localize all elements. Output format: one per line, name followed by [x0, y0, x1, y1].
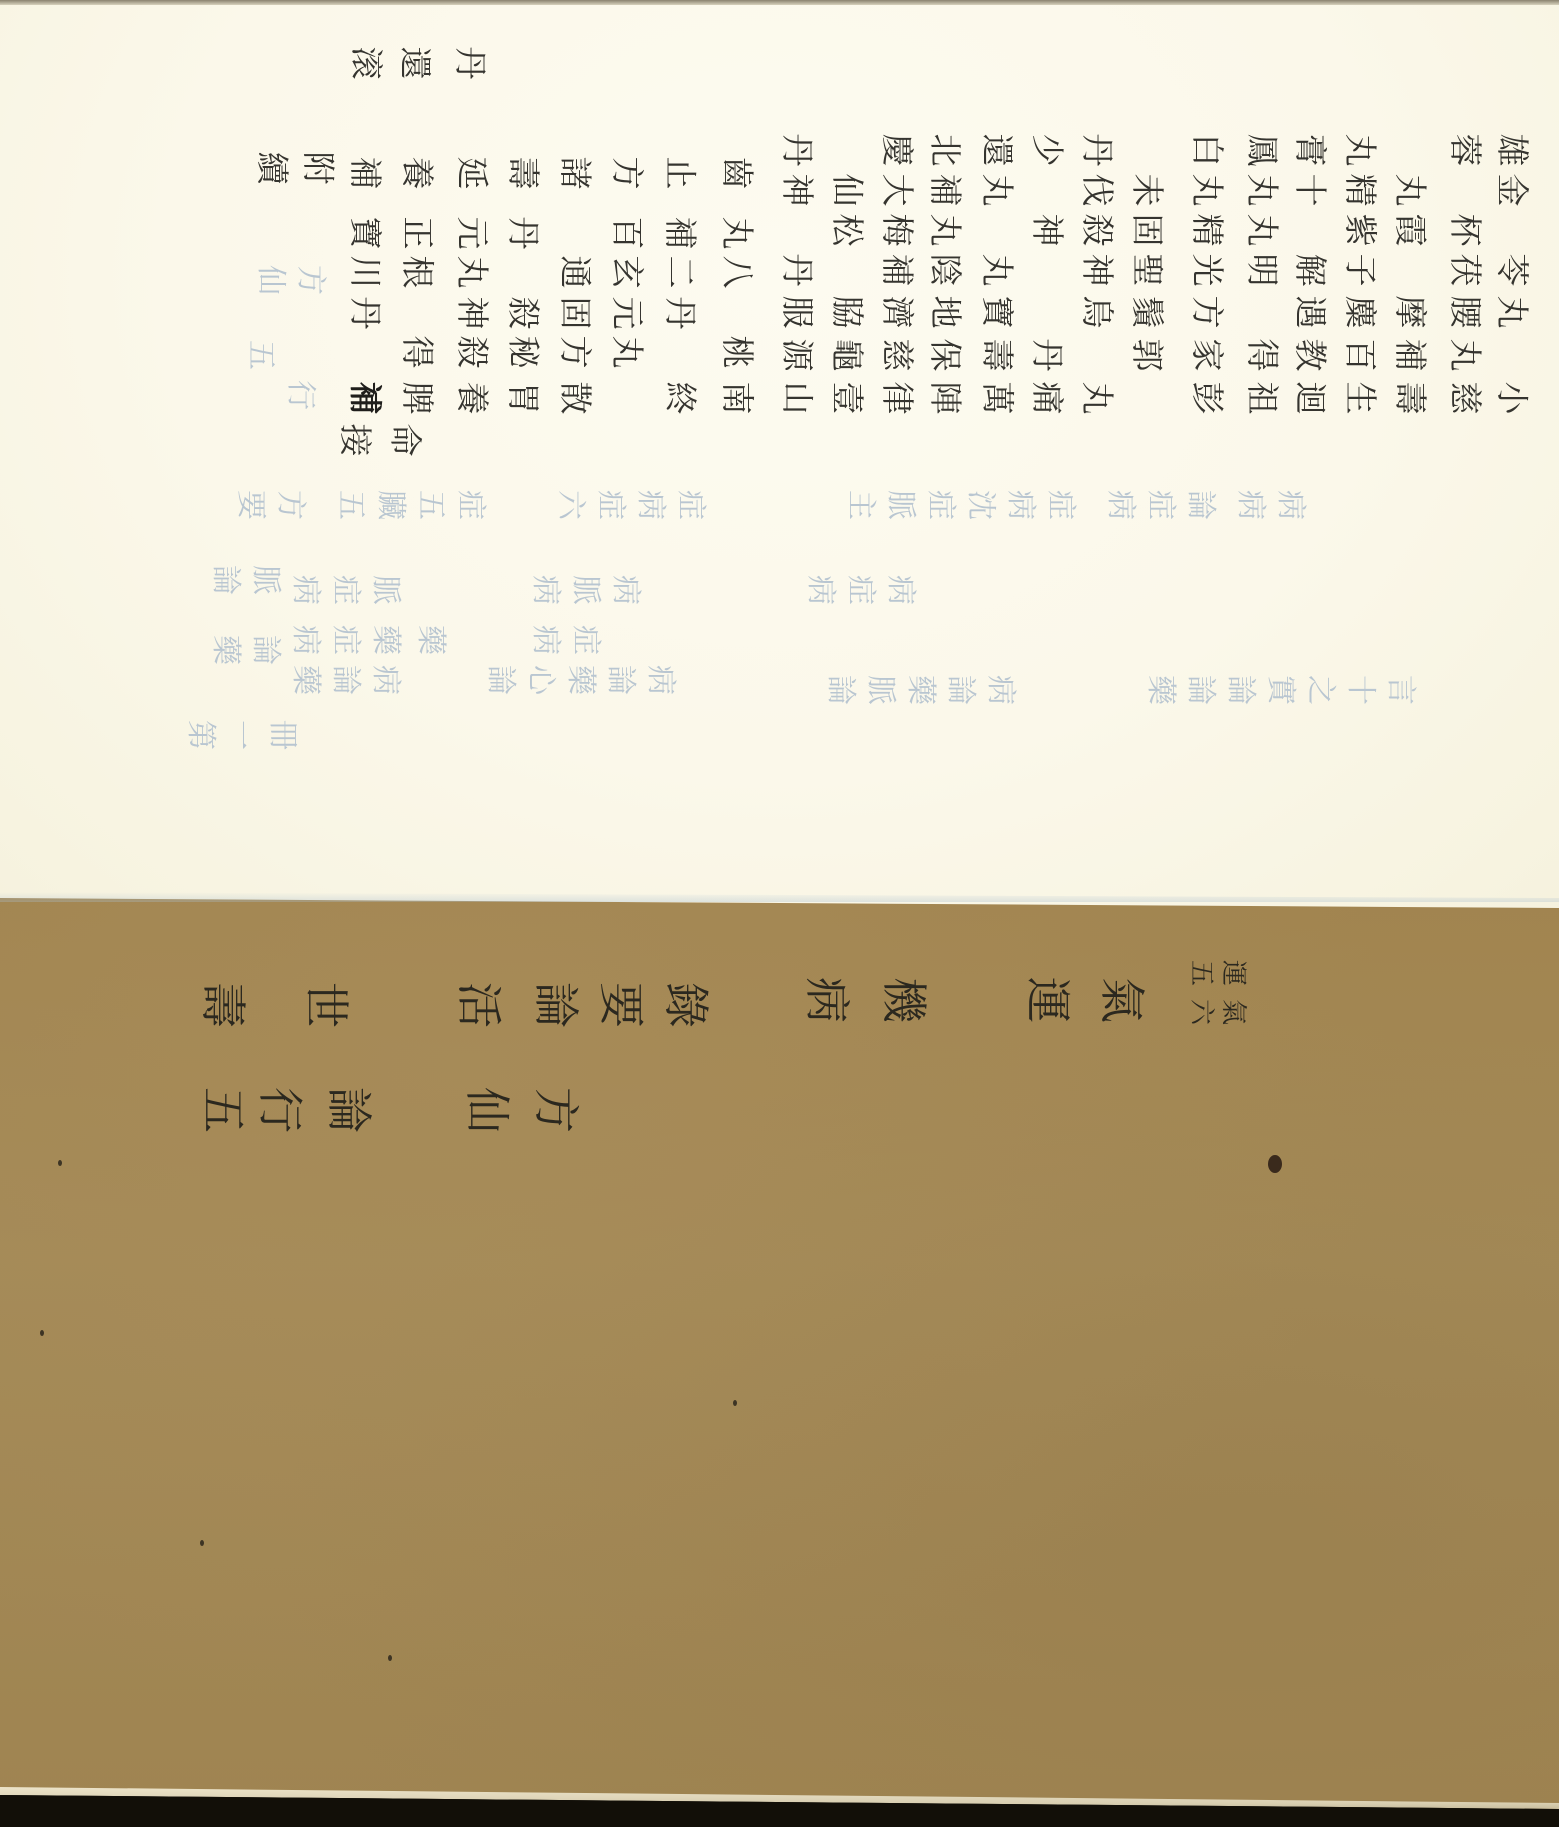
bleed-through-character: 病 [640, 660, 680, 700]
toc-character: 接 [335, 420, 375, 460]
toc-character: 源 [777, 335, 817, 375]
bleed-through-character: 病 [525, 620, 565, 660]
bleed-through-character: 藥 [410, 620, 450, 660]
bleed-through-character: 症 [325, 620, 365, 660]
cover-title-character: 行 [252, 1082, 308, 1138]
toc-character: 少 [1027, 130, 1067, 170]
toc-character: 烏 [1077, 292, 1117, 332]
toc-character: 麋 [1340, 292, 1380, 332]
toc-character: 丸 [1242, 210, 1282, 250]
toc-character: 服 [777, 292, 817, 332]
toc-character: 丸 [977, 250, 1017, 290]
cover-title-character: 錄 [658, 977, 714, 1033]
toc-character: 神 [777, 170, 817, 210]
toc-character: 金 [1492, 170, 1532, 210]
toc-character: 根 [397, 252, 437, 292]
toc-character: 神 [1077, 250, 1117, 290]
toc-character: 方 [607, 153, 647, 193]
cover-title-character: 五 [195, 1082, 251, 1138]
bleed-through-character: 仙 [250, 260, 290, 300]
toc-character: 蓉 [1445, 130, 1485, 170]
toc-character: 壹 [827, 378, 867, 418]
toc-character: 山 [777, 378, 817, 418]
bleed-through-character: 論 [820, 670, 860, 710]
toc-character: 聖 [1127, 250, 1167, 290]
toc-character: 得 [397, 332, 437, 372]
bleed-through-character: 病 [285, 570, 325, 610]
toc-character: 摩 [1390, 292, 1430, 332]
toc-character: 小 [1492, 378, 1532, 418]
toc-character: 丹 [345, 293, 385, 333]
toc-character: 百 [607, 213, 647, 253]
toc-character: 郭 [1127, 335, 1167, 375]
toc-character: 丹 [1027, 335, 1067, 375]
toc-character: 殺 [452, 332, 492, 372]
toc-character: 大 [877, 170, 917, 210]
toc-character: 教 [1290, 335, 1330, 375]
bleed-through-character: 症 [325, 570, 365, 610]
bleed-through-character: 方 [290, 260, 330, 300]
bleed-through-character: 症 [920, 485, 960, 525]
toc-character: 齒 [717, 153, 757, 193]
bleed-through-character: 病 [285, 620, 325, 660]
toc-character: 八 [717, 252, 757, 292]
bleed-through-character: 言 [1380, 670, 1420, 710]
toc-character: 苓 [1492, 250, 1532, 290]
bleed-through-character: 論 [325, 660, 365, 700]
toc-character: 丸 [925, 210, 965, 250]
toc-character: 慶 [877, 130, 917, 170]
toc-character: 丸 [1445, 335, 1485, 375]
cover-title-character: 運 [1020, 972, 1076, 1028]
toc-character: 寶 [345, 213, 385, 253]
bleed-through-character: 要 [230, 485, 270, 525]
toc-character: 生 [1340, 378, 1380, 418]
toc-character: 精 [1340, 170, 1380, 210]
cover-title-character: 活 [451, 977, 507, 1033]
toc-character: 梅 [877, 210, 917, 250]
toc-character: 杯 [1445, 210, 1485, 250]
bleed-through-character: 病 [800, 570, 840, 610]
scanned-book-spread: 五行仙方要方五臟五症六症病症主脈症沈病症病症論病病論脈病症脈病脈病病症病藥論病症… [0, 0, 1559, 1827]
toc-character: 補 [1390, 335, 1430, 375]
page-top-edge [0, 0, 1559, 5]
bleed-through-character: 症 [450, 485, 490, 525]
bleed-through-character: 症 [670, 485, 710, 525]
bleed-through-character: 之 [1300, 670, 1340, 710]
toc-character: 終 [660, 378, 700, 418]
toc-character: 陣 [925, 378, 965, 418]
bleed-through-character: 論 [1220, 670, 1260, 710]
toc-character: 方 [555, 332, 595, 372]
toc-character: 鬚 [1127, 292, 1167, 332]
toc-character: 萬 [977, 378, 1017, 418]
toc-character: 雄 [1492, 130, 1532, 170]
toc-character: 神 [452, 293, 492, 333]
cover-title-character: 論 [528, 977, 584, 1033]
bleed-through-character: 脈 [245, 560, 285, 600]
bleed-through-character: 論 [205, 560, 245, 600]
toc-character: 丸 [1340, 130, 1380, 170]
toc-character: 丸 [977, 170, 1017, 210]
ink-speck-mark [1268, 1155, 1282, 1173]
bleed-through-character: 病 [1100, 485, 1140, 525]
toc-character: 續 [252, 148, 292, 188]
toc-character: 得 [1242, 335, 1282, 375]
toc-character: 丹 [1077, 130, 1117, 170]
toc-character: 解 [1290, 250, 1330, 290]
bleed-through-character: 藥 [560, 660, 600, 700]
toc-character: 迴 [1290, 378, 1330, 418]
bleed-through-character: 症 [590, 485, 630, 525]
toc-character: 紫 [1340, 210, 1380, 250]
toc-character: 南 [717, 378, 757, 418]
bleed-through-character: 藥 [365, 620, 405, 660]
cover-title-character: 病 [799, 972, 855, 1028]
toc-character: 丸 [1492, 292, 1532, 332]
toc-character: 固 [1127, 210, 1167, 250]
toc-character: 祖 [1242, 378, 1282, 418]
toc-character: 精 [1187, 210, 1227, 250]
bleed-through-character: 論 [1180, 670, 1220, 710]
ink-speck-mark [58, 1160, 62, 1166]
cover-title-character: 要 [593, 977, 649, 1033]
bleed-through-character: 病 [1230, 485, 1270, 525]
bleed-through-character: 症 [840, 570, 880, 610]
toc-character: 諸 [555, 153, 595, 193]
bleed-through-character: 五 [240, 335, 280, 375]
toc-character: 川 [345, 252, 385, 292]
bleed-through-character: 病 [630, 485, 670, 525]
toc-character: 附 [298, 148, 338, 188]
toc-character: 遇 [1290, 292, 1330, 332]
bleed-through-character: 症 [565, 620, 605, 660]
toc-character: 養 [397, 153, 437, 193]
bleed-through-character: 第 [180, 715, 220, 755]
bleed-through-character: 論 [1180, 485, 1220, 525]
toc-character: 還 [977, 130, 1017, 170]
bleed-through-character: 臟 [370, 485, 410, 525]
bleed-through-character: 病 [365, 660, 405, 700]
toc-character: 慈 [877, 335, 917, 375]
toc-character: 丸 [1242, 170, 1282, 210]
cover-title-character: 氣 [1218, 997, 1248, 1027]
toc-character: 慈 [1445, 378, 1485, 418]
toc-character: 律 [877, 378, 917, 418]
toc-character: 丹 [777, 130, 817, 170]
cover-title-character: 六 [1186, 997, 1216, 1027]
bleed-through-character: 病 [1270, 485, 1310, 525]
toc-character: 家 [1187, 335, 1227, 375]
toc-character: 補 [877, 250, 917, 290]
bleed-through-character: 症 [1140, 485, 1180, 525]
toc-character: 補 [345, 153, 385, 193]
toc-character: 還 [395, 43, 435, 83]
toc-character: 陰 [925, 250, 965, 290]
toc-character: 松 [827, 210, 867, 250]
toc-character: 壽 [1390, 378, 1430, 418]
toc-character: 壽 [503, 153, 543, 193]
toc-character: 仙 [827, 170, 867, 210]
toc-character: 光 [1187, 250, 1227, 290]
cover-title-character: 仙 [459, 1082, 515, 1138]
toc-character: 北 [925, 130, 965, 170]
toc-character: 桃 [717, 332, 757, 372]
toc-character: 補 [660, 213, 700, 253]
toc-character: 濟 [877, 292, 917, 332]
bleed-through-character: 症 [1040, 485, 1080, 525]
ink-speck-mark [388, 1655, 392, 1661]
toc-character: 正 [397, 213, 437, 253]
ink-speck-mark [200, 1540, 204, 1546]
toc-character: 胃 [503, 378, 543, 418]
toc-character: 延 [452, 153, 492, 193]
toc-character: 滚 [346, 43, 386, 83]
toc-character: 寶 [977, 292, 1017, 332]
toc-character: 補 [345, 378, 385, 418]
toc-character: 止 [660, 153, 700, 193]
toc-character: 丹 [450, 43, 490, 83]
bleed-through-character: 論 [245, 630, 285, 670]
bleed-through-character: 五 [410, 485, 450, 525]
toc-character: 殺 [503, 293, 543, 333]
bleed-through-character: 論 [600, 660, 640, 700]
toc-character: 丹 [777, 250, 817, 290]
toc-character: 神 [1027, 210, 1067, 250]
bleed-through-character: 藥 [205, 630, 245, 670]
bleed-through-character: 論 [480, 660, 520, 700]
toc-character: 元 [452, 213, 492, 253]
toc-character: 百 [1340, 335, 1380, 375]
toc-character: 霞 [1390, 210, 1430, 250]
cover-title-character: 論 [321, 1082, 377, 1138]
toc-character: 丹 [660, 293, 700, 333]
toc-character: 子 [1340, 250, 1380, 290]
toc-character: 茯 [1445, 250, 1485, 290]
toc-character: 丹 [503, 213, 543, 253]
bleed-through-character: 行 [280, 375, 320, 415]
bleed-through-character: 主 [840, 485, 880, 525]
toc-character: 脇 [827, 292, 867, 332]
toc-character: 脾 [397, 378, 437, 418]
cover-title-character: 五 [1186, 958, 1216, 988]
bleed-through-character: 藥 [285, 660, 325, 700]
bleed-through-character: 病 [880, 570, 920, 610]
toc-character: 痛 [1027, 378, 1067, 418]
toc-character: 伐 [1077, 170, 1117, 210]
toc-character: 命 [385, 420, 425, 460]
toc-character: 方 [1187, 292, 1227, 332]
cover-title-character: 運 [1218, 958, 1248, 988]
toc-character: 膏 [1290, 130, 1330, 170]
toc-character: 殺 [1077, 210, 1117, 250]
toc-character: 鳳 [1242, 130, 1282, 170]
ink-speck-mark [40, 1330, 44, 1336]
bleed-through-character: 心 [520, 660, 560, 700]
toc-character: 補 [925, 170, 965, 210]
toc-character: 丸 [1187, 170, 1227, 210]
bleed-through-character: 脈 [365, 570, 405, 610]
bleed-through-character: 病 [980, 670, 1020, 710]
bleed-through-character: 沈 [960, 485, 1000, 525]
bleed-through-character: 病 [525, 570, 565, 610]
toc-character: 丸 [717, 213, 757, 253]
ink-speck-mark [733, 1400, 737, 1406]
cover-title-character: 氣 [1094, 972, 1150, 1028]
toc-character: 玄 [607, 252, 647, 292]
bleed-through-character: 論 [940, 670, 980, 710]
toc-character: 腰 [1445, 292, 1485, 332]
bleed-through-character: 病 [605, 570, 645, 610]
toc-character: 養 [452, 378, 492, 418]
toc-character: 彭 [1187, 378, 1227, 418]
cover-title-character: 機 [876, 972, 932, 1028]
toc-character: 十 [1290, 170, 1330, 210]
toc-character: 保 [925, 335, 965, 375]
toc-character: 秘 [503, 332, 543, 372]
bleed-through-character: 方 [270, 485, 310, 525]
bleed-through-character: 病 [1000, 485, 1040, 525]
bleed-through-character: 十 [1340, 670, 1380, 710]
toc-character: 白 [1187, 130, 1227, 170]
toc-character: 元 [607, 293, 647, 333]
toc-character: 丸 [1077, 378, 1117, 418]
toc-character: 散 [555, 378, 595, 418]
toc-character: 壽 [977, 335, 1017, 375]
toc-character: 通 [555, 252, 595, 292]
bleed-through-character: 冊 [262, 715, 302, 755]
bleed-through-character: 藥 [900, 670, 940, 710]
bleed-through-character: 一 [220, 715, 260, 755]
cover-title-character: 世 [298, 977, 354, 1033]
bleed-through-character: 實 [1260, 670, 1300, 710]
cover-title-character: 方 [528, 1082, 584, 1138]
toc-character: 丸 [1390, 170, 1430, 210]
bleed-through-character: 五 [330, 485, 370, 525]
bleed-through-character: 脈 [880, 485, 920, 525]
toc-character: 二 [660, 252, 700, 292]
bleed-through-character: 脈 [860, 670, 900, 710]
bleed-through-character: 藥 [1140, 670, 1180, 710]
toc-character: 龜 [827, 335, 867, 375]
toc-character: 未 [1127, 170, 1167, 210]
toc-character: 地 [925, 292, 965, 332]
toc-character: 明 [1242, 250, 1282, 290]
bleed-through-character: 六 [550, 485, 590, 525]
toc-character: 丸 [607, 332, 647, 372]
bleed-through-character: 脈 [565, 570, 605, 610]
toc-character: 丸 [452, 252, 492, 292]
cover-title-character: 壽 [195, 977, 251, 1033]
toc-character: 固 [555, 293, 595, 333]
